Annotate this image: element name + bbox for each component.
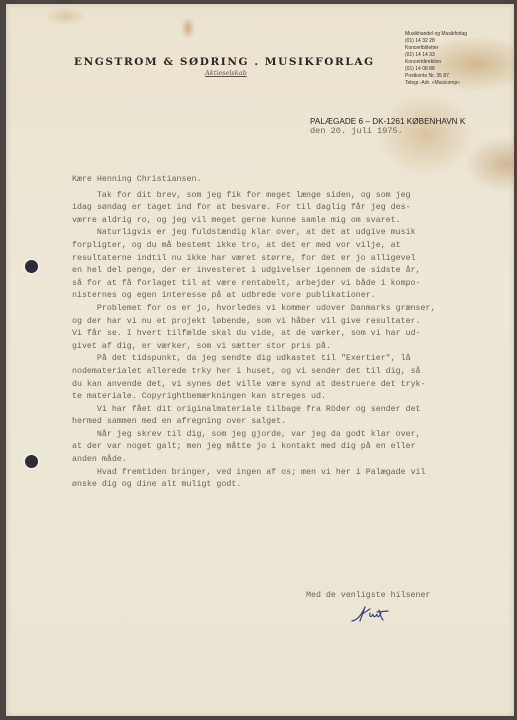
letter-date: den 20. juli 1975.	[310, 126, 403, 136]
contact-line: Musikhandel og Musikforlag	[405, 31, 515, 38]
body-line: På det tidspunkt, da jeg sendte dig udka…	[72, 353, 487, 366]
body-line: ønske dig og dine alt muligt godt.	[72, 479, 487, 492]
body-line: nodematerialet allerede trky her i huset…	[72, 366, 487, 379]
body-line: en hel del penge, der er investeret i ud…	[72, 265, 487, 278]
contact-line: Koncertdirektion	[405, 59, 515, 66]
contact-line: Postkonto Nr. 35 87	[405, 73, 515, 80]
address: PALÆGADE 6 – DK-1261 KØBENHAVN K	[310, 117, 465, 126]
body-line: Vi har fået dit originalmateriale tilbag…	[72, 404, 487, 417]
body-line: givet af dig, er værker, som vi sætter s…	[72, 341, 487, 354]
letter-body: Kære Henning Christiansen. Tak for dit b…	[72, 174, 487, 492]
contact-line: Koncertbilletter	[405, 45, 515, 52]
punch-hole-top	[25, 260, 38, 273]
body-line: Hvad fremtiden bringer, ved ingen af os;…	[72, 467, 487, 480]
body-line: værre aldrig ro, og jeg vil meget gerne …	[72, 215, 487, 228]
firm-name: ENGSTROM & SØDRING . MUSIKFORLAG	[74, 56, 386, 68]
body-line: idag søndag er taget ind for at besvare.…	[72, 202, 487, 215]
contact-line: (01) 14 32 28	[405, 38, 515, 45]
contact-line: (01) 14 14 33	[405, 52, 515, 59]
contact-line: (01) 14 08 88	[405, 66, 515, 73]
body-line: Tak for dit brev, som jeg fik for meget …	[72, 190, 487, 203]
contact-line: Telegr.-Adr. »Musicomp«	[405, 80, 515, 87]
body-line: Naturligvis er jeg fuldstændig klar over…	[72, 227, 487, 240]
body-line: nisternes og egen interesse på at udbred…	[72, 290, 487, 303]
body-line: og der har vi nu et projekt løbende, som…	[72, 316, 487, 329]
body-line: Vi får se. I hvert tilfælde skal du vide…	[72, 328, 487, 341]
contact-block: Musikhandel og Musikforlag (01) 14 32 28…	[405, 31, 515, 87]
signature-icon	[348, 604, 392, 624]
closing: Med de venligste hilsener	[306, 591, 430, 600]
body-line: anden måde.	[72, 454, 487, 467]
firm-subtitle: Aktieselskab	[205, 69, 247, 77]
salutation: Kære Henning Christiansen.	[72, 174, 487, 187]
body-line: du kan anvende det, vi synes det ville v…	[72, 379, 487, 392]
body-line: te materiale. Copyrightbemærkningen kan …	[72, 391, 487, 404]
body-line: Når jeg skrev til dig, som jeg gjorde, v…	[72, 429, 487, 442]
body-line: så for at få forlaget til at være rentab…	[72, 278, 487, 291]
punch-hole-bottom	[25, 455, 38, 468]
body-line: at der var noget galt; men jeg måtte jo …	[72, 441, 487, 454]
body-line: resultaterne indtil nu ikke har været st…	[72, 253, 487, 266]
body-line: hermed sammen med en afregning over salg…	[72, 416, 487, 429]
body-line: Problemet for os er jo, hvorledes vi kom…	[72, 303, 487, 316]
body-line: forpligter, og du må bestemt ikke tro, a…	[72, 240, 487, 253]
